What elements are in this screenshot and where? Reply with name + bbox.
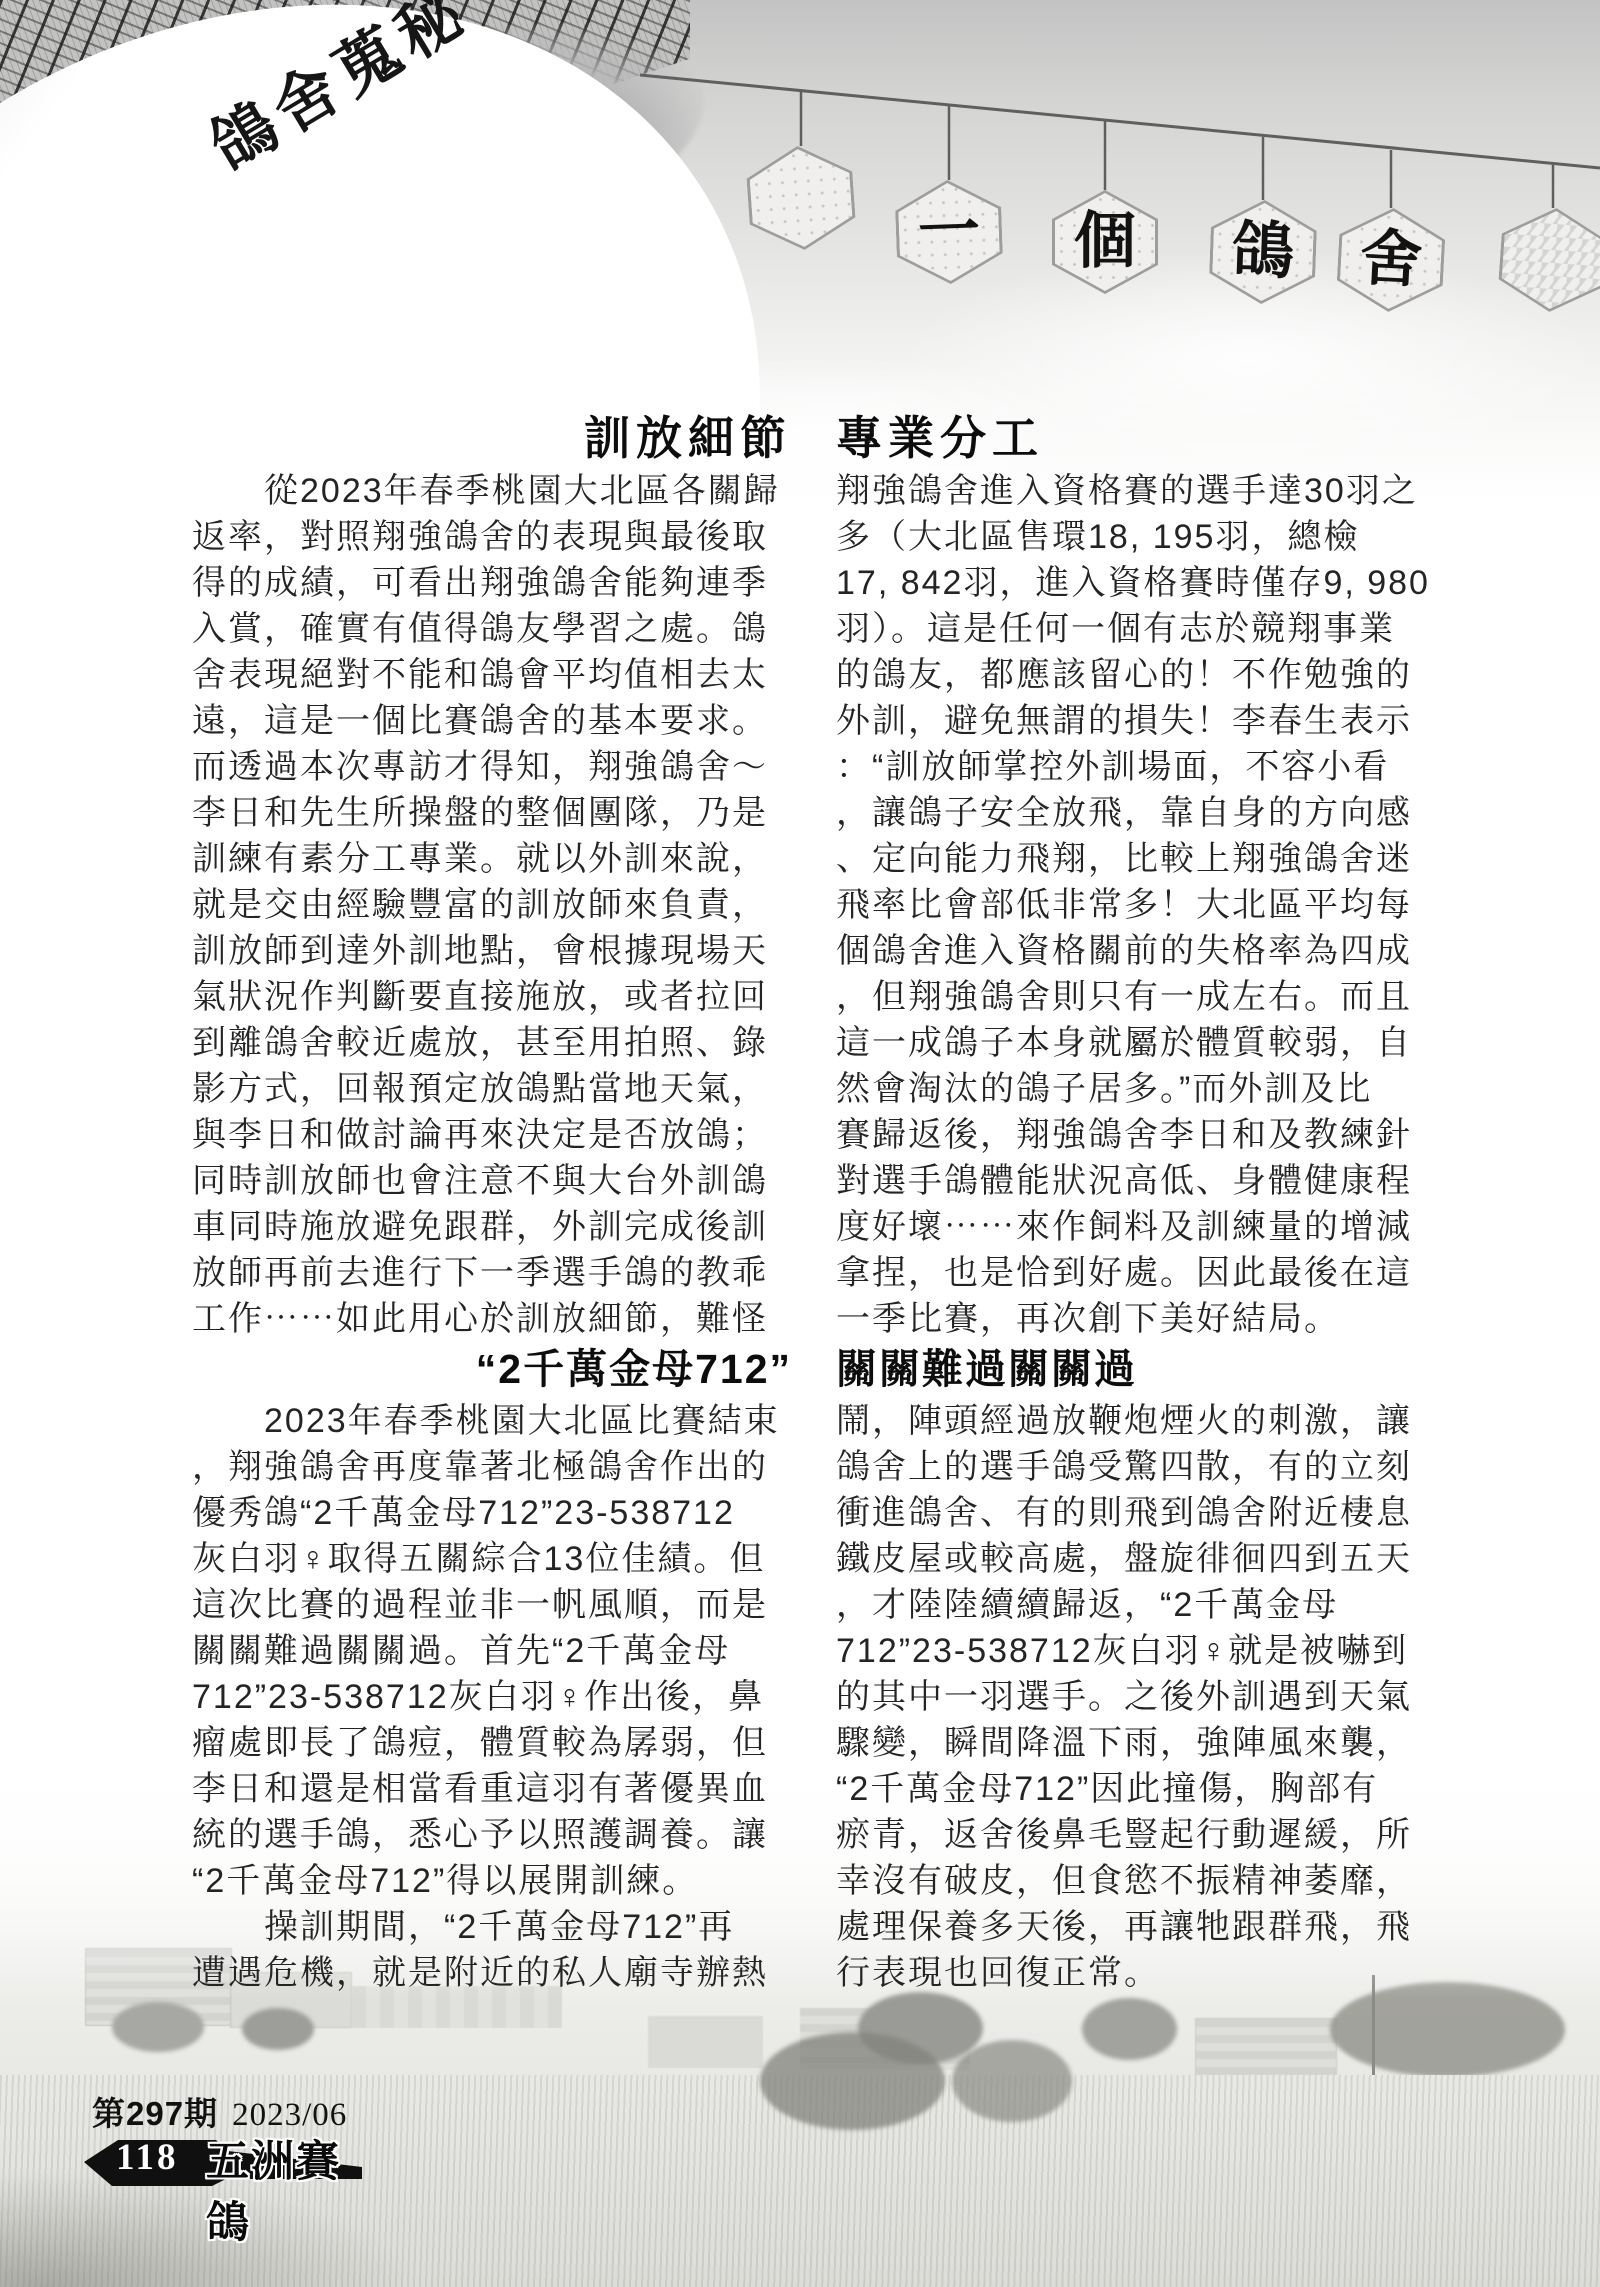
body-text-line: 的鴿友，都應該留心的！不作勉強的 — [836, 652, 1436, 698]
photo-bush — [760, 2032, 945, 2130]
lantern-hexagon-ge: 個 — [1052, 190, 1158, 294]
body-text-line: 遭遇危機，就是附近的私人廟寺辦熱 — [192, 1950, 792, 1996]
body-text-line: 2023年春季桃園大北區比賽結束 — [192, 1398, 792, 1444]
body-text-line: 度好壞⋯⋯來作飼料及訓練量的增減 — [836, 1204, 1436, 1250]
body-text-line: 操訓期間，“2千萬金母712”再 — [192, 1904, 792, 1950]
body-text-line: 衝進鴿舍、有的則飛到鴿舍附近棲息 — [836, 1490, 1436, 1536]
body-text-line: 入賞，確實有值得鴿友學習之處。鴿 — [192, 606, 792, 652]
body-text-line: 驟變，瞬間降溫下雨，強陣風來襲， — [836, 1720, 1436, 1766]
body-text-line: 拿捏，也是恰到好處。因此最後在這 — [836, 1250, 1436, 1296]
hexagon-face — [748, 146, 855, 251]
section-heading-professional-division: 專業分工 — [836, 412, 1436, 468]
right-section1-lines: 翔強鴿舍進入資格賽的選手達30羽之多（大北區售環18, 195羽，總檢17, 8… — [836, 468, 1436, 1342]
hexagon-face: 一 — [897, 181, 1000, 282]
body-text-line: 瘀青，返舍後鼻毛豎起行動遲緩，所 — [836, 1812, 1436, 1858]
section-heading-hard-gates: 關關難過關關過 — [836, 1342, 1436, 1398]
body-text-line: 關關難過關關過。首先“2千萬金母 — [192, 1628, 792, 1674]
body-text-line: ，讓鴿子安全放飛，靠自身的方向感 — [836, 790, 1436, 836]
lantern-hexagon-striped — [1497, 204, 1600, 315]
body-text-line: 車同時施放避免跟群，外訓完成後訓 — [192, 1204, 792, 1250]
body-text-line: 這一成鴿子本身就屬於體質較弱，自 — [836, 1020, 1436, 1066]
body-text-line: 對選手鴿體能狀況高低、身體健康程 — [836, 1158, 1436, 1204]
page-number-banner: 118 五洲賽鴿 — [80, 2134, 380, 2198]
hexagon-face — [1500, 208, 1600, 313]
body-text-line: 處理保養多天後，再讓牠跟群飛，飛 — [836, 1904, 1436, 1950]
body-text-line: 氣狀況作判斷要直接施放，或者拉回 — [192, 974, 792, 1020]
body-text-line: 訓放師到達外訓地點，會根據現場天 — [192, 928, 792, 974]
body-text-line: ，但翔強鴿舍則只有一成左右。而且 — [836, 974, 1436, 1020]
body-text-line: 羽）。這是任何一個有志於競翔事業 — [836, 606, 1436, 652]
body-text-line: 外訓，避免無謂的損失！李春生表示 — [836, 698, 1436, 744]
body-text-line: 李日和先生所操盤的整個團隊，乃是 — [192, 790, 792, 836]
hexagon-face: 鴿 — [1211, 201, 1314, 302]
body-text-line: 的其中一羽選手。之後外訓遇到天氣 — [836, 1674, 1436, 1720]
body-text-line: 712”23-538712灰白羽♀作出後，鼻 — [192, 1674, 792, 1720]
right-section2-lines: 鬧，陣頭經過放鞭炮煙火的刺激，讓鴿舍上的選手鴿受驚四散，有的立刻衝進鴿舍、有的則… — [836, 1398, 1436, 1996]
body-text-line: 個鴿舍進入資格關前的失格率為四成 — [836, 928, 1436, 974]
body-text-line: 與李日和做討論再來決定是否放鴿； — [192, 1112, 792, 1158]
hexagon-face: 個 — [1055, 193, 1155, 291]
body-text-line: “2千萬金母712”得以展開訓練。 — [192, 1858, 792, 1904]
body-text-line: ，才陸陸續續歸返，“2千萬金母 — [836, 1582, 1436, 1628]
body-text-line: 712”23-538712灰白羽♀就是被嚇到 — [836, 1628, 1436, 1674]
body-text-line: 鬧，陣頭經過放鞭炮煙火的刺激，讓 — [836, 1398, 1436, 1444]
article-column-left: 訓放細節 從2023年春季桃園大北區各關歸返率，對照翔強鴿舍的表現與最後取得的成… — [192, 412, 792, 1996]
section-heading-golden-hen-712: “2千萬金母712” — [192, 1342, 792, 1398]
body-text-line: 到離鴿舍較近處放，甚至用拍照、錄 — [192, 1020, 792, 1066]
lantern-hexagon-gezi: 鴿 — [1208, 198, 1318, 306]
body-text-line: 遠，這是一個比賽鴿舍的基本要求。 — [192, 698, 792, 744]
body-text-line: 賽歸返後，翔強鴿舍李日和及教練針 — [836, 1112, 1436, 1158]
lantern-hexagon-yi: 一 — [894, 178, 1004, 286]
body-text-line: 舍表現絕對不能和鴿會平均值相去太 — [192, 652, 792, 698]
body-text-line: 這次比賽的過程並非一帆風順，而是 — [192, 1582, 792, 1628]
magazine-page: 鴿舍蒐秘 一 個 鴿 舍 — [0, 0, 1600, 2287]
issue-number: 第297期 — [92, 2095, 218, 2132]
body-text-line: 從2023年春季桃園大北區各關歸 — [192, 468, 792, 514]
body-text-line: 優秀鴿“2千萬金母712”23-538712 — [192, 1490, 792, 1536]
body-text-line: 幸沒有破皮，但食慾不振精神萎靡， — [836, 1858, 1436, 1904]
lantern-hexagon-blank — [745, 142, 858, 253]
body-text-line: 鴿舍上的選手鴿受驚四散，有的立刻 — [836, 1444, 1436, 1490]
body-text-line: 灰白羽♀取得五關綜合13位佳績。但 — [192, 1536, 792, 1582]
photo-tree — [112, 2002, 204, 2052]
photo-tree — [242, 2008, 314, 2050]
body-text-line: 同時訓放師也會注意不與大台外訓鴿 — [192, 1158, 792, 1204]
body-text-line: 統的選手鴿，悉心予以照護調養。讓 — [192, 1812, 792, 1858]
body-text-line: 然會淘汰的鴿子居多。”而外訓及比 — [836, 1066, 1436, 1112]
page-number: 118 — [116, 2136, 178, 2179]
body-text-line: 得的成績，可看出翔強鴿舍能夠連季 — [192, 560, 792, 606]
body-text-line: 就是交由經驗豐富的訓放師來負責， — [192, 882, 792, 928]
section-heading-training-details: 訓放細節 — [192, 412, 792, 468]
left-section2-lines: 2023年春季桃園大北區比賽結束，翔強鴿舍再度靠著北極鴿舍作出的優秀鴿“2千萬金… — [192, 1398, 792, 1996]
body-text-line: 多（大北區售環18, 195羽，總檢 — [836, 514, 1436, 560]
body-text-line: 影方式，回報預定放鴿點當地天氣， — [192, 1066, 792, 1112]
body-text-line: 訓練有素分工專業。就以外訓來說， — [192, 836, 792, 882]
photo-bush — [952, 2040, 1072, 2122]
body-text-line: ，翔強鴿舍再度靠著北極鴿舍作出的 — [192, 1444, 792, 1490]
body-text-line: 行表現也回復正常。 — [836, 1950, 1436, 1996]
body-text-line: 工作⋯⋯如此用心於訓放細節，難怪 — [192, 1296, 792, 1342]
body-text-line: “2千萬金母712”因此撞傷，胸部有 — [836, 1766, 1436, 1812]
photo-building — [1195, 2018, 1337, 2082]
photo-building — [648, 2016, 763, 2068]
article-column-right: 專業分工 翔強鴿舍進入資格賽的選手達30羽之多（大北區售環18, 195羽，總檢… — [836, 412, 1436, 1996]
magazine-logo-text: 五洲賽鴿 — [206, 2128, 380, 2250]
left-section1-lines: 從2023年春季桃園大北區各關歸返率，對照翔強鴿舍的表現與最後取得的成績，可看出… — [192, 468, 792, 1342]
body-text-line: 飛率比會部低非常多！大北區平均每 — [836, 882, 1436, 928]
body-text-line: 而透過本次專訪才得知，翔強鴿舍～ — [192, 744, 792, 790]
body-text-line: 一季比賽，再次創下美好結局。 — [836, 1296, 1436, 1342]
body-text-line: 、定向能力飛翔，比較上翔強鴿舍迷 — [836, 836, 1436, 882]
body-text-line: 李日和還是相當看重這羽有著優異血 — [192, 1766, 792, 1812]
body-text-line: 放師再前去進行下一季選手鴿的教乖 — [192, 1250, 792, 1296]
photo-tree — [1082, 1998, 1177, 2060]
body-text-line: 返率，對照翔強鴿舍的表現與最後取 — [192, 514, 792, 560]
body-text-line: 翔強鴿舍進入資格賽的選手達30羽之 — [836, 468, 1436, 514]
lantern-hexagon-she: 舍 — [1335, 205, 1446, 314]
body-text-line: 瘤處即長了鴿痘，體質較為孱弱，但 — [192, 1720, 792, 1766]
hexagon-face: 舍 — [1339, 208, 1444, 311]
body-text-line: 鐵皮屋或較高處，盤旋徘徊四到五天 — [836, 1536, 1436, 1582]
body-text-line: ：“訓放師掌控外訓場面，不容小看 — [836, 744, 1436, 790]
body-text-line: 17, 842羽，進入資格賽時僅存9, 980 — [836, 560, 1436, 606]
